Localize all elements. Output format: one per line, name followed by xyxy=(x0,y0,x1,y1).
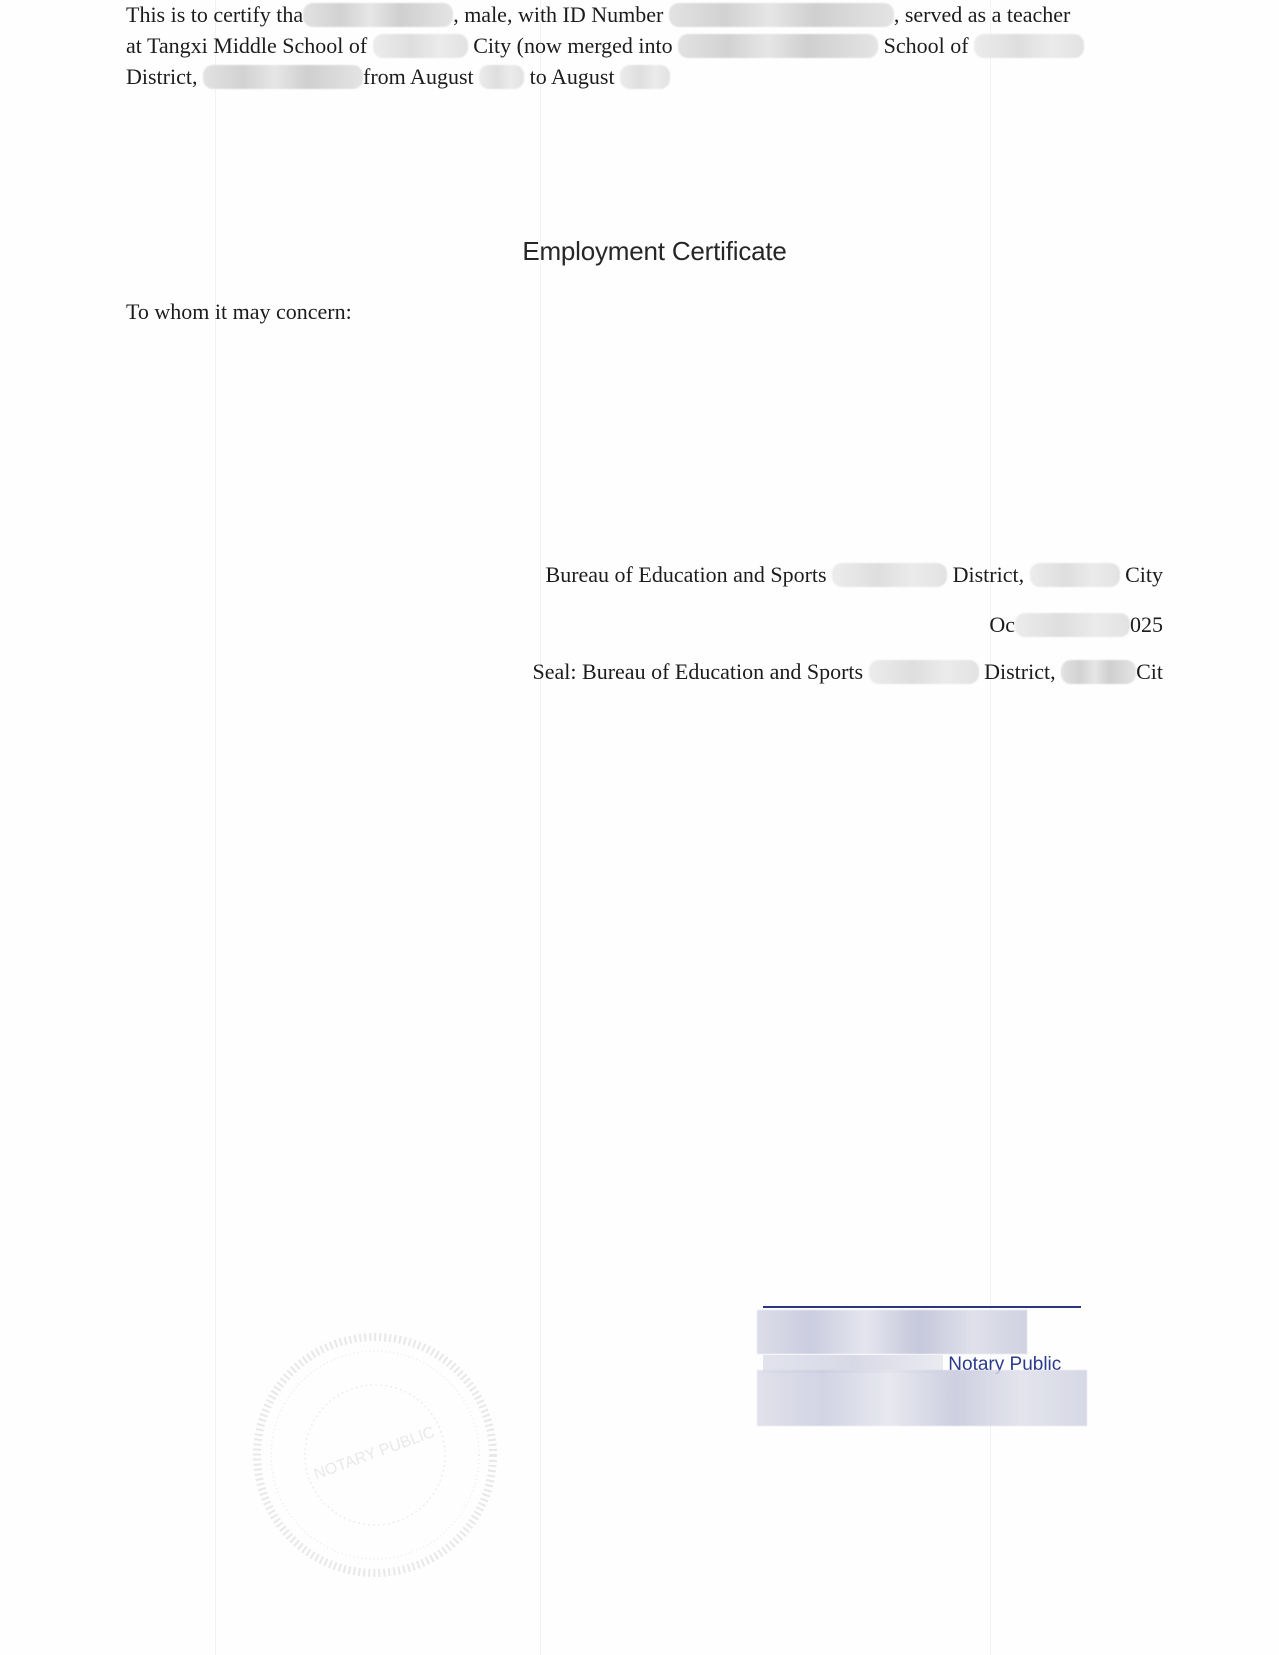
body-text: to August xyxy=(530,64,615,89)
issuer-district: District, xyxy=(953,562,1025,587)
salutation: To whom it may concern: xyxy=(126,299,352,325)
signature-line xyxy=(763,1306,1081,1308)
document-page: Employment Certificate To whom it may co… xyxy=(0,0,1279,1655)
body-text: from August xyxy=(363,64,474,89)
date-fragment: Oc xyxy=(989,612,1015,637)
notary-signature-block: Notary Public xyxy=(757,1290,1092,1430)
body-text: , male, with ID Number xyxy=(453,2,663,27)
body-text: City (now merged into xyxy=(473,33,672,58)
redacted-district xyxy=(832,563,947,587)
redacted-district xyxy=(869,660,979,684)
issuer-line: Bureau of Education and Sports District,… xyxy=(546,562,1163,588)
seal-line: Seal: Bureau of Education and Sports Dis… xyxy=(533,659,1163,685)
body-text: at Tangxi Middle School of xyxy=(126,33,367,58)
redacted-notary-details xyxy=(757,1370,1087,1426)
issuer-city: City xyxy=(1125,562,1163,587)
seal-district: District, xyxy=(984,659,1056,684)
body-line-1: This is to certify tha, male, with ID Nu… xyxy=(126,0,1166,30)
body-line-2: at Tangxi Middle School of City (now mer… xyxy=(126,31,1166,61)
redacted-id-number xyxy=(669,3,894,27)
redacted-school xyxy=(678,34,878,58)
seal-label: Seal: Bureau of Education and Sports xyxy=(533,659,864,684)
body-text: District, xyxy=(126,64,198,89)
issuer-name: Bureau of Education and Sports xyxy=(546,562,827,587)
redacted-city xyxy=(1030,563,1120,587)
redacted-province xyxy=(203,65,363,89)
redacted-city xyxy=(373,34,468,58)
redacted-district xyxy=(974,34,1084,58)
body-line-3: District, from August to August xyxy=(126,62,1166,92)
svg-text:NOTARY PUBLIC: NOTARY PUBLIC xyxy=(312,1424,437,1483)
redacted-date xyxy=(1015,613,1130,637)
embossed-notary-seal: NOTARY PUBLIC xyxy=(250,1330,500,1580)
seal-icon: NOTARY PUBLIC xyxy=(250,1330,500,1580)
issue-date: Oc025 xyxy=(989,612,1163,638)
body-text: This is to certify tha xyxy=(126,2,303,27)
redacted-start-year xyxy=(479,65,524,89)
body-text: , served as a teacher xyxy=(894,2,1071,27)
redacted-end-year xyxy=(620,65,670,89)
seal-city: Cit xyxy=(1136,659,1163,684)
redacted-name xyxy=(303,3,453,27)
redacted-city xyxy=(1061,660,1136,684)
document-title: Employment Certificate xyxy=(0,236,1279,267)
redacted-notary-name xyxy=(757,1310,1027,1354)
date-fragment: 025 xyxy=(1130,612,1163,637)
body-text: School of xyxy=(884,33,969,58)
